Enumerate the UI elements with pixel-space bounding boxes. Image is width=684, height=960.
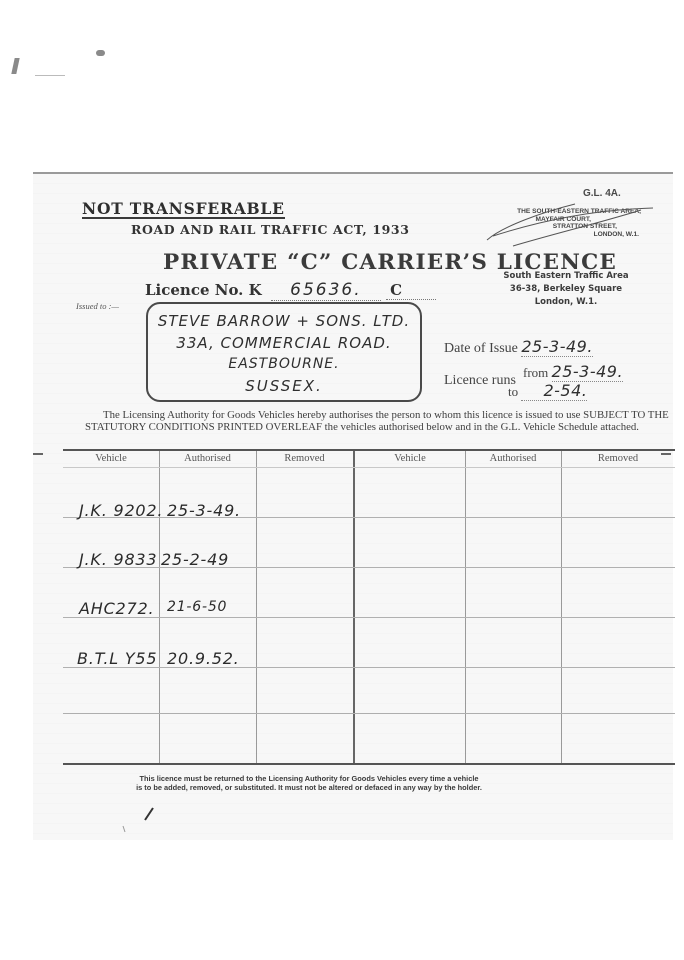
form-code: G.L. 4A. xyxy=(583,188,621,199)
column-divider xyxy=(159,451,160,763)
vehicle-reg: J.K. 9202. xyxy=(79,501,163,520)
header-removed-left: Removed xyxy=(256,453,353,464)
header-vehicle-left: Vehicle xyxy=(63,453,159,464)
licence-number-label: Licence No. K xyxy=(145,281,262,299)
row-line xyxy=(63,617,675,618)
column-divider xyxy=(465,451,466,763)
licence-runs-label: Licence runs xyxy=(444,373,516,389)
from-label: from xyxy=(523,365,548,380)
vehicle-reg: B.T.L Y55 xyxy=(77,649,157,668)
pen-mark xyxy=(117,806,157,836)
header-authorised-right: Authorised xyxy=(465,453,561,464)
authorised-date: 21-6-50 xyxy=(167,599,227,615)
stamp-line: South Eastern Traffic Area xyxy=(481,270,651,283)
date-of-issue-value: 25-3-49. xyxy=(521,337,593,357)
licence-document: G.L. 4A. NOT TRANSFERABLE ROAD AND RAIL … xyxy=(33,172,673,840)
date-of-issue-row: Date of Issue 25-3-49. xyxy=(444,337,593,357)
licence-runs-to: to 2-54. xyxy=(508,381,587,401)
act-title: ROAD AND RAIL TRAFFIC ACT, 1933 xyxy=(131,222,410,237)
licence-runs-from: from 25-3-49. xyxy=(523,362,623,381)
authorisation-paragraph: The Licensing Authority for Goods Vehicl… xyxy=(85,409,669,433)
row-line xyxy=(63,713,675,714)
stamped-authority-address: South Eastern Traffic Area 36-38, Berkel… xyxy=(481,270,651,309)
column-divider xyxy=(256,451,257,763)
header-removed-right: Removed xyxy=(561,453,675,464)
from-value: 25-3-49. xyxy=(552,362,624,382)
authorised-date: 25-2-49 xyxy=(161,550,229,569)
date-of-issue-label: Date of Issue xyxy=(444,341,518,356)
licence-number-row: Licence No. K 65636. C xyxy=(145,280,436,301)
vehicle-reg: J.K. 9833 xyxy=(79,550,157,569)
header-underline xyxy=(63,467,675,468)
licence-suffix: C xyxy=(386,281,436,300)
column-divider xyxy=(561,451,562,763)
vehicle-table: Vehicle Authorised Removed Vehicle Autho… xyxy=(63,449,675,765)
return-instructions: This licence must be returned to the Lic… xyxy=(79,774,539,792)
footer-line: This licence must be returned to the Lic… xyxy=(79,774,539,783)
authorised-date: 25-3-49. xyxy=(167,501,241,520)
strike-through-scribble xyxy=(463,202,663,252)
stamp-line: 36-38, Berkeley Square xyxy=(481,283,651,296)
scan-speck xyxy=(11,58,19,74)
margin-dash xyxy=(33,453,43,455)
to-label: to xyxy=(508,384,518,399)
authorisation-text: The Licensing Authority for Goods Vehicl… xyxy=(85,410,675,433)
header-vehicle-right: Vehicle xyxy=(355,453,465,464)
to-value: 2-54. xyxy=(521,381,587,401)
footer-line: is to be added, removed, or substituted.… xyxy=(79,783,539,792)
authorised-date: 20.9.52. xyxy=(167,649,240,668)
scan-speck xyxy=(35,75,65,76)
holder-street: 33A, COMMERCIAL ROAD. xyxy=(148,334,420,352)
issued-to-box: STEVE BARROW + SONS. LTD. 33A, COMMERCIA… xyxy=(146,302,422,402)
header-authorised-left: Authorised xyxy=(159,453,256,464)
center-divider xyxy=(353,451,355,763)
issued-to-label: Issued to :— xyxy=(76,301,119,311)
licence-number-value: 65636. xyxy=(271,280,381,301)
holder-name: STEVE BARROW + SONS. LTD. xyxy=(148,312,420,330)
holder-county: SUSSEX. xyxy=(148,377,420,395)
vehicle-reg: AHC272. xyxy=(79,599,154,618)
scan-speck xyxy=(96,50,105,56)
stamp-line: London, W.1. xyxy=(481,296,651,309)
not-transferable-heading: NOT TRANSFERABLE xyxy=(82,200,285,219)
holder-town: EASTBOURNE. xyxy=(148,356,420,372)
